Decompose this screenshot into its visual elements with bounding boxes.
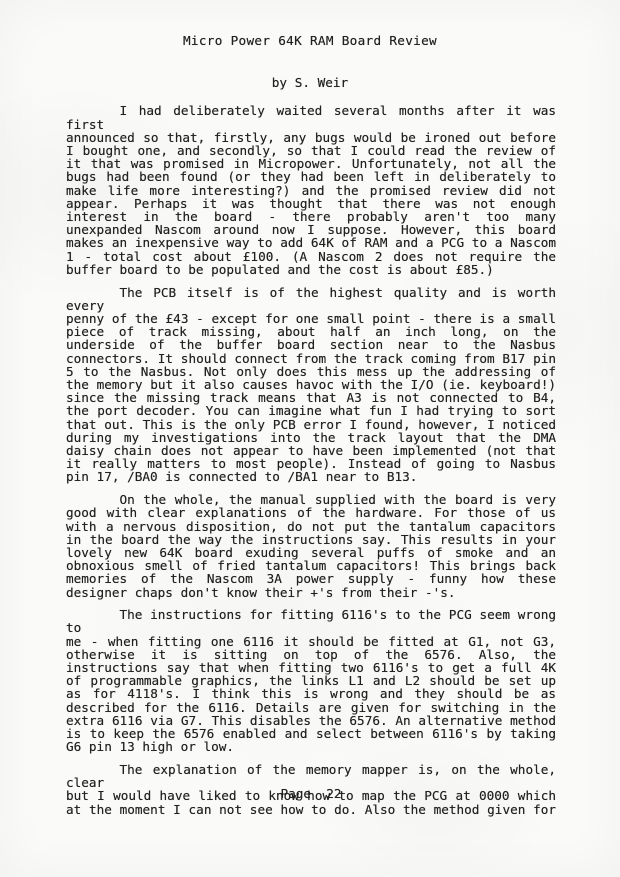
text-line: at the moment I can not see how to do. A…: [66, 803, 556, 816]
text-line: The instructions for fitting 6116's to t…: [66, 608, 556, 634]
text-line: with a nervous disposition, do not put t…: [66, 520, 556, 533]
text-line: designer chaps don't know their +'s from…: [66, 586, 556, 599]
paragraph: On the whole, the manual supplied with t…: [66, 493, 556, 599]
document-title: Micro Power 64K RAM Board Review: [0, 0, 620, 47]
text-line: pin 17, /BA0 is connected to /BA1 near t…: [66, 470, 556, 483]
text-line: The PCB itself is of the highest quality…: [66, 286, 556, 312]
page-number: Page 22: [66, 786, 556, 801]
document-page: Micro Power 64K RAM Board Review by S. W…: [0, 0, 620, 877]
text-line: memories of the Nascom 3A power supply -…: [66, 572, 556, 585]
text-line: 5 to the Nasbus. Not only does this mess…: [66, 365, 556, 378]
text-line: makes an inexpensive way to add 64K of R…: [66, 236, 556, 249]
text-line: in the board the way the instructions sa…: [66, 533, 556, 546]
text-line: during my investigations into the track …: [66, 431, 556, 444]
text-line: good with clear explanations of the hard…: [66, 506, 556, 519]
document-body: I had deliberately waited several months…: [66, 104, 556, 815]
text-line: 1 - total cost about £100. (A Nascom 2 d…: [66, 250, 556, 263]
text-line: G6 pin 13 high or low.: [66, 740, 556, 753]
text-line: bugs had been found (or they had been le…: [66, 170, 556, 183]
paragraph: The PCB itself is of the highest quality…: [66, 286, 556, 484]
text-line: the port decoder. You can imagine what f…: [66, 404, 556, 417]
text-line: that out. This is the only PCB error I f…: [66, 418, 556, 431]
text-line: me - when fitting one 6116 it should be …: [66, 635, 556, 648]
text-line: buffer board to be populated and the cos…: [66, 263, 556, 276]
paragraph: I had deliberately waited several months…: [66, 104, 556, 276]
text-line: connectors. It should connect from the t…: [66, 352, 556, 365]
paragraph: The instructions for fitting 6116's to t…: [66, 608, 556, 753]
text-line: as for 4118's. I think this is wrong and…: [66, 687, 556, 700]
text-line: make life more interesting?) and the pro…: [66, 184, 556, 197]
byline: by S. Weir: [0, 76, 620, 89]
text-line: described for the 6116. Details are give…: [66, 701, 556, 714]
text-line: underside of the buffer board section ne…: [66, 338, 556, 351]
text-line: I had deliberately waited several months…: [66, 104, 556, 130]
